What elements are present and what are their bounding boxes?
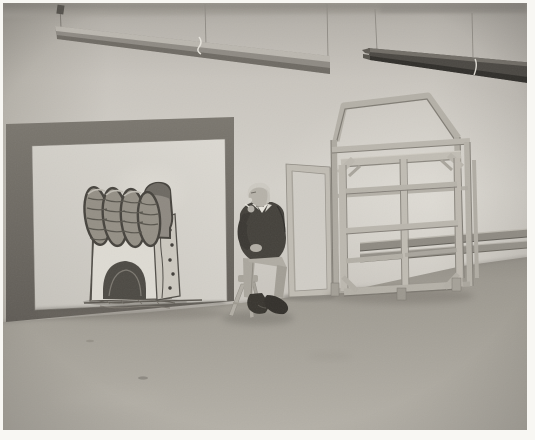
photo-scene: [0, 0, 535, 440]
vignette-overlay: [3, 3, 527, 430]
photograph: [0, 0, 535, 440]
